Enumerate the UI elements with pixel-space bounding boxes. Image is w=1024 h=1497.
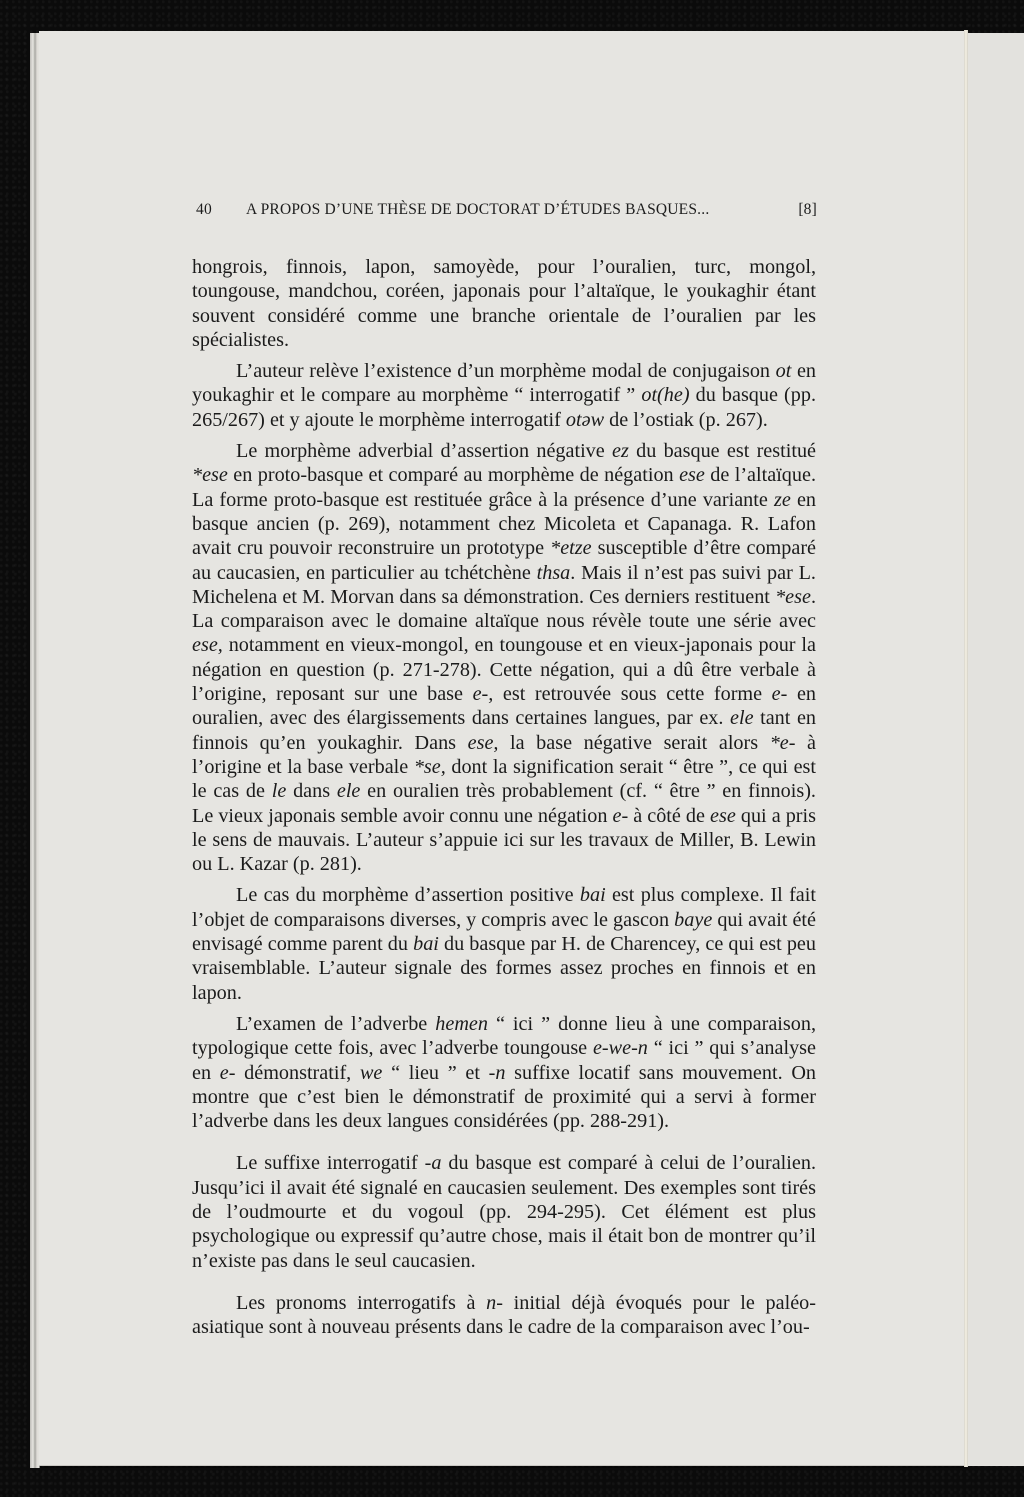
- italic-term: *etze: [550, 537, 591, 559]
- italic-term: *ese: [775, 586, 811, 608]
- italic-term: bai: [413, 933, 439, 955]
- italic-term: e-: [772, 683, 788, 705]
- text-run: “ lieu ” et: [382, 1062, 488, 1084]
- italic-term: hemen: [435, 1013, 488, 1035]
- paragraph: Le morphème adverbial d’assertion négati…: [192, 439, 816, 876]
- text-run: Le suffixe interrogatif: [236, 1152, 425, 1174]
- paragraph: hongrois, finnois, lapon, samoyède, pour…: [192, 255, 816, 352]
- text-run: est retrouvée sous cette forme: [493, 683, 771, 705]
- text-run: hongrois, finnois, lapon, samoyède, pour…: [192, 256, 816, 351]
- text-run: de l’ostiak (p. 267).: [604, 409, 768, 431]
- italic-term: *se,: [414, 756, 446, 778]
- text-run: dans: [286, 780, 337, 802]
- italic-term: -n: [489, 1062, 506, 1084]
- italic-term: thsa: [537, 562, 571, 584]
- italic-term: baye: [674, 909, 712, 931]
- italic-term: e-: [220, 1062, 236, 1084]
- italic-term: ese,: [192, 634, 223, 656]
- paragraph: L’auteur relève l’existence d’un morphèm…: [192, 359, 816, 432]
- text-run: en proto-basque et comparé au morphème d…: [228, 464, 679, 486]
- italic-term: ele: [730, 707, 754, 729]
- text-run: démonstratif,: [235, 1062, 359, 1084]
- italic-term: we: [360, 1062, 382, 1084]
- italic-term: *ese: [192, 464, 228, 486]
- text-run: L’examen de l’adverbe: [236, 1013, 435, 1035]
- italic-term: ese: [710, 805, 736, 827]
- running-head: 40 A PROPOS D’UNE THÈSE DE DOCTORAT D’ÉT…: [196, 201, 817, 225]
- section-reference: [8]: [798, 201, 817, 219]
- body-text: hongrois, finnois, lapon, samoyède, pour…: [192, 255, 816, 1346]
- italic-term: ese,: [468, 732, 499, 754]
- text-run: du basque est restitué: [629, 440, 816, 462]
- italic-term: ez: [612, 440, 629, 462]
- text-run: Les pronoms interrogatifs à: [236, 1292, 486, 1314]
- text-run: Le cas du morphème d’assertion positive: [236, 884, 580, 906]
- italic-term: ele: [337, 780, 361, 802]
- paragraph: Le suffixe interrogatif -a du basque est…: [192, 1151, 816, 1272]
- text-run: la base négative serait alors: [498, 732, 769, 754]
- italic-term: ot(he): [641, 384, 689, 406]
- running-title: A PROPOS D’UNE THÈSE DE DOCTORAT D’ÉTUDE…: [246, 201, 798, 219]
- paragraph: L’examen de l’adverbe hemen “ ici ” donn…: [192, 1012, 816, 1133]
- facing-page-edge: [968, 33, 1024, 1466]
- text-run: L’auteur relève l’existence d’un morphèm…: [236, 360, 776, 382]
- text-run: Le morphème adverbial d’assertion négati…: [236, 440, 612, 462]
- paragraph: Les pronoms interrogatifs à n- initial d…: [192, 1291, 816, 1340]
- text-run: à côté de: [628, 805, 710, 827]
- italic-term: ese: [679, 464, 705, 486]
- italic-term: n-: [486, 1292, 503, 1314]
- italic-term: *e-: [770, 732, 796, 754]
- italic-term: otəw: [566, 409, 604, 431]
- italic-term: e-we-n: [593, 1037, 648, 1059]
- italic-term: ze: [774, 489, 791, 511]
- italic-term: e-,: [473, 683, 494, 705]
- paragraph: Le cas du morphème d’assertion positive …: [192, 883, 816, 1004]
- italic-term: -a: [425, 1152, 442, 1174]
- italic-term: bai: [580, 884, 606, 906]
- italic-term: e-: [612, 805, 628, 827]
- page-number: 40: [196, 201, 246, 219]
- italic-term: ot: [776, 360, 792, 382]
- italic-term: le: [272, 780, 287, 802]
